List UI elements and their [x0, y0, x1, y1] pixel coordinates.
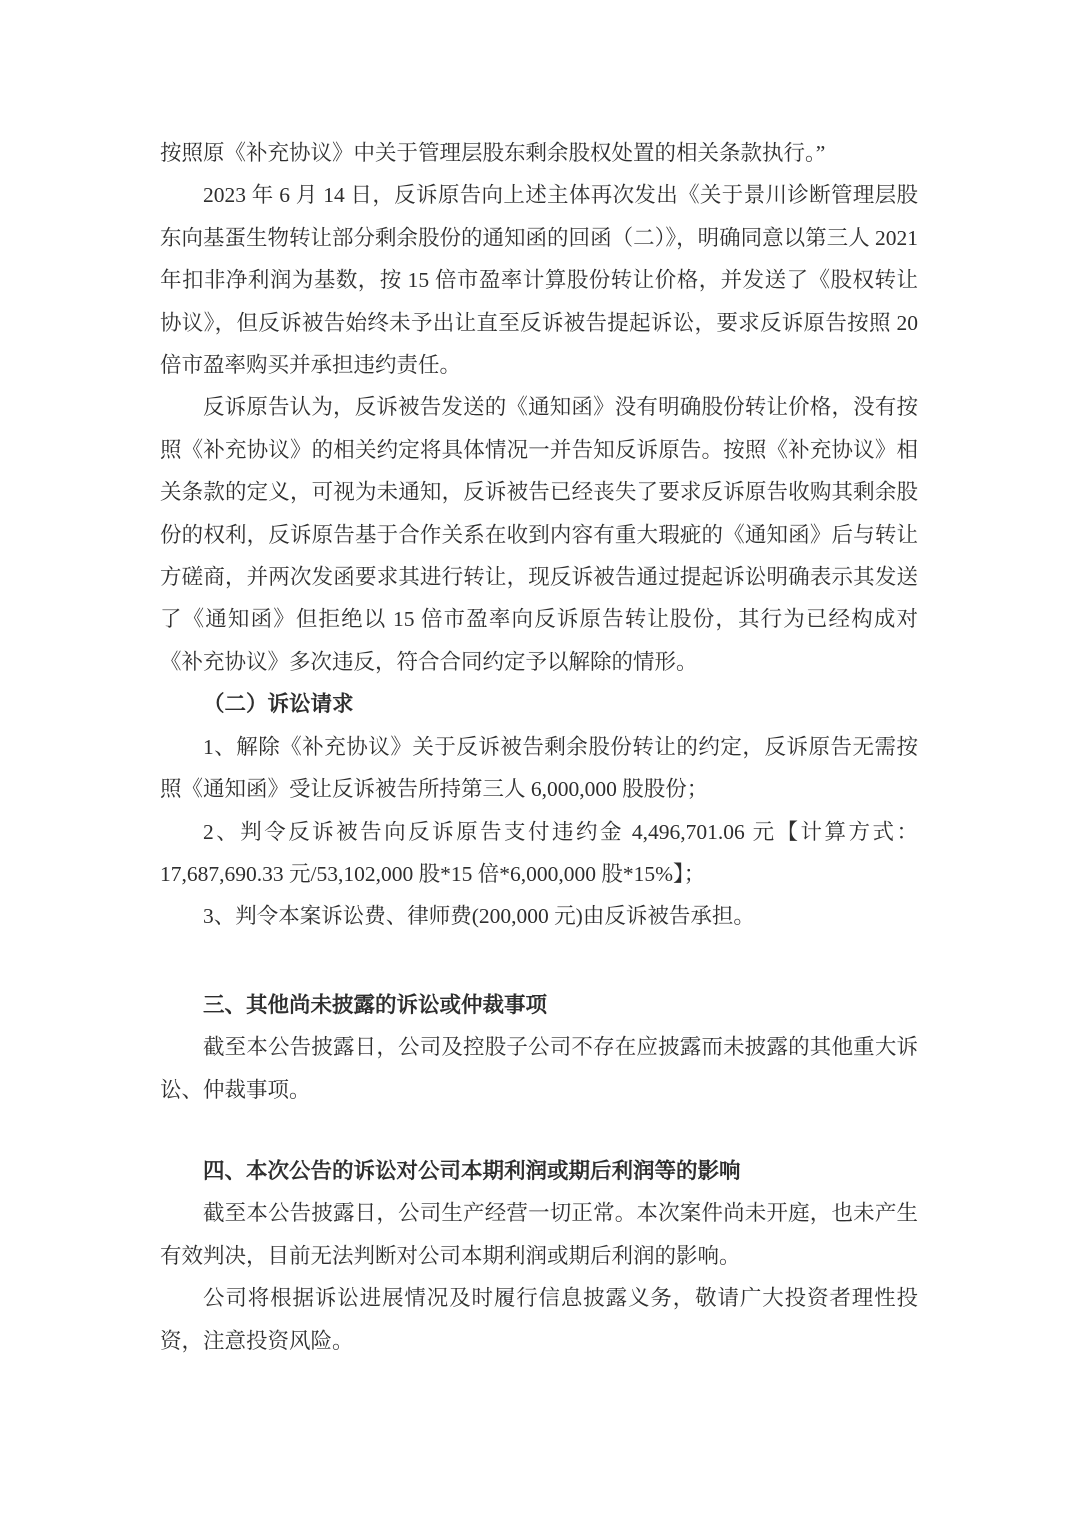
paragraph-claim-1: 1、解除《补充协议》关于反诉被告剩余股份转让的约定，反诉原告无需按照《通知函》受… [160, 726, 918, 811]
heading-section-3-undisclosed-litigation: 三、其他尚未披露的诉讼或仲裁事项 [160, 984, 918, 1026]
announcement-page: 按照原《补充协议》中关于管理层股东剩余股权处置的相关条款执行。” 2023 年 … [0, 0, 1080, 1527]
paragraph-plaintiff-opinion: 反诉原告认为，反诉被告发送的《通知函》没有明确股份转让价格，没有按照《补充协议》… [160, 386, 918, 683]
heading-section-4-profit-impact: 四、本次公告的诉讼对公司本期利润或期后利润等的影响 [160, 1150, 918, 1192]
paragraph-section-4-status: 截至本公告披露日，公司生产经营一切正常。本次案件尚未开庭，也未产生有效判决，目前… [160, 1192, 918, 1277]
paragraph-claim-3: 3、判令本案诉讼费、律师费(200,000 元)由反诉被告承担。 [160, 895, 918, 937]
heading-litigation-claims: （二）诉讼请求 [160, 683, 918, 725]
document-body: 按照原《补充协议》中关于管理层股东剩余股权处置的相关条款执行。” 2023 年 … [160, 132, 918, 1362]
paragraph-agreement-execution: 按照原《补充协议》中关于管理层股东剩余股权处置的相关条款执行。” [160, 132, 918, 174]
paragraph-claim-2: 2、判令反诉被告向反诉原告支付违约金 4,496,701.06 元【计算方式：1… [160, 811, 918, 896]
paragraph-section-3-statement: 截至本公告披露日，公司及控股子公司不存在应披露而未披露的其他重大诉讼、仲裁事项。 [160, 1026, 918, 1111]
paragraph-notice-2023: 2023 年 6 月 14 日，反诉原告向上述主体再次发出《关于景川诊断管理层股… [160, 174, 918, 386]
paragraph-section-4-investor-notice: 公司将根据诉讼进展情况及时履行信息披露义务，敬请广大投资者理性投资，注意投资风险… [160, 1277, 918, 1362]
